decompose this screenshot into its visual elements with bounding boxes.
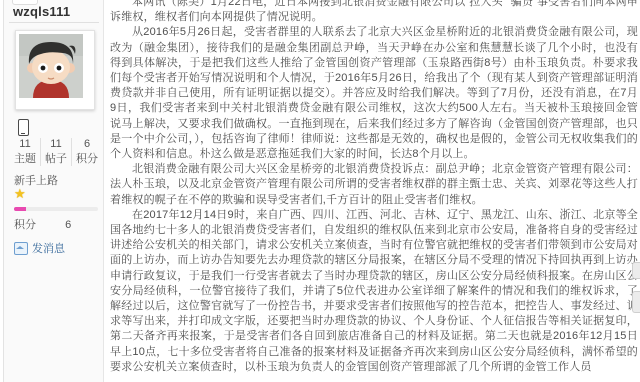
side-float-button[interactable] (632, 262, 640, 279)
post-content: 本网讯（陈美）1月22日电，近日本网接到北银消费金融有限公司以“拉人头”“骗贷”… (110, 0, 638, 375)
score-label: 积分 (14, 219, 36, 231)
score-row: 积分 6 (14, 216, 71, 232)
stat-posts[interactable]: 11 帖子 (41, 138, 72, 166)
send-message-button[interactable]: 发消息 (14, 240, 65, 256)
score-value: 6 (65, 219, 71, 231)
avatar-image (19, 34, 83, 98)
forum-post-page: wzqls111 (0, 0, 640, 382)
post-paragraph: 北银消费金融有限公司大兴区金星桥旁的北银消费贷投诉点：副总尹峥；北京金管资产管理… (110, 162, 638, 208)
send-message-label: 发消息 (32, 240, 65, 256)
stat-credits-value[interactable]: 6 (72, 138, 102, 151)
stat-threads[interactable]: 11 主题 (10, 138, 41, 166)
experience-progress-fill (14, 207, 26, 211)
mobile-phone-icon (18, 119, 29, 136)
user-stats: 11 主题 11 帖子 6 积分 (10, 138, 102, 166)
post-paragraph: 在2017年12月14日9时，来自广西、四川、江西、河北、吉林、辽宁、黑龙江、山… (110, 208, 638, 375)
stat-threads-label[interactable]: 主题 (10, 153, 40, 166)
side-float-button[interactable] (632, 291, 640, 313)
post-paragraph: 从2016年5月26日起，受害者群里的人联系去了北京大兴区金星桥附近的北银消费贷… (110, 25, 638, 162)
stat-threads-value[interactable]: 11 (10, 138, 40, 151)
stat-posts-value[interactable]: 11 (41, 138, 71, 151)
stat-credits-label[interactable]: 积分 (72, 153, 102, 166)
experience-progressbar (14, 207, 98, 211)
username-link[interactable]: wzqls111 (13, 4, 70, 19)
post-paragraph: 本网讯（陈美）1月22日电，近日本网接到北银消费金融有限公司以“拉人头”“骗贷”… (110, 0, 638, 25)
message-envelope-icon (14, 242, 28, 255)
rank-star-icon: ★ (14, 186, 26, 202)
user-sidebar: wzqls111 (3, 0, 104, 382)
sidebar-divider (9, 22, 99, 23)
stat-posts-label[interactable]: 帖子 (41, 153, 71, 166)
avatar[interactable] (15, 30, 95, 110)
stat-credits[interactable]: 6 积分 (72, 138, 102, 166)
